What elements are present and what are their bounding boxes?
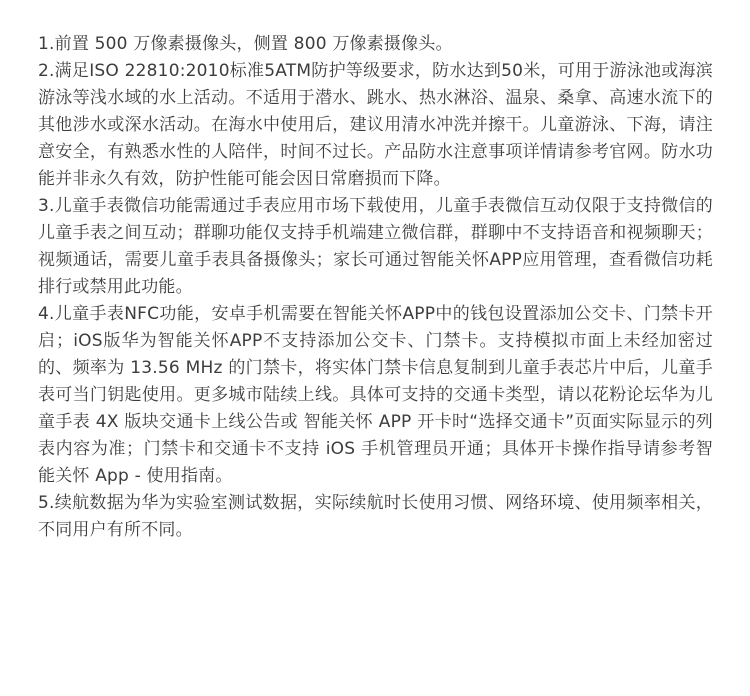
note-nfc-function: 4.儿童手表NFC功能，安卓手机需要在智能关怀APP中的钱包设置添加公交卡、门禁…	[38, 301, 713, 490]
note-battery-disclaimer: 5.续航数据为华为实验室测试数据，实际续航时长使用习惯、网络环境、使用频率相关，…	[38, 490, 713, 544]
product-notes-page: 1.前置 500 万像素摄像头，侧置 800 万像素摄像头。 2.满足ISO 2…	[0, 0, 750, 696]
note-camera-spec: 1.前置 500 万像素摄像头，侧置 800 万像素摄像头。	[38, 31, 713, 58]
disclaimer-notes-block: 1.前置 500 万像素摄像头，侧置 800 万像素摄像头。 2.满足ISO 2…	[38, 31, 713, 544]
note-wechat-function: 3.儿童手表微信功能需通过手表应用市场下载使用，儿童手表微信互动仅限于支持微信的…	[38, 193, 713, 301]
note-waterproof: 2.满足ISO 22810:2010标准5ATM防护等级要求，防水达到50米，可…	[38, 58, 713, 193]
